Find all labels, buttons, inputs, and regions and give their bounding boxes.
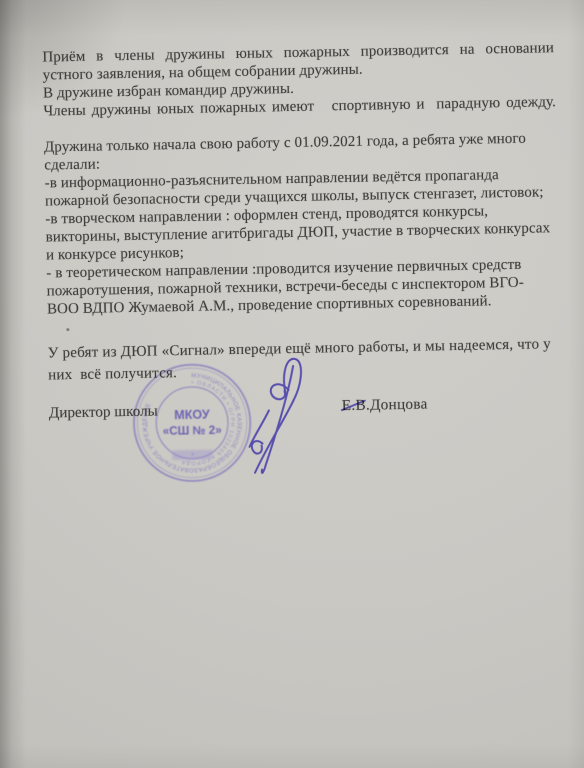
signature-bottom-curl: [252, 441, 263, 454]
document-photo: Приём в члены дружины юных пожарных прои…: [0, 0, 584, 768]
ink-speck: [66, 328, 69, 331]
signature-dash: [342, 401, 365, 410]
paragraph-activities: Дружина только начала свою работу с 01.0…: [44, 129, 544, 318]
stamp-smudge: [172, 450, 213, 460]
signature-loop-stroke: [253, 359, 303, 473]
signature-block: Директор школы МУНИЦИПАЛЬНОЕ КАЗЕННОЕ ОБ…: [49, 393, 549, 552]
document-page: Приём в члены дружины юных пожарных прои…: [0, 0, 584, 768]
stamp-org-abbr: МКОУ: [174, 408, 210, 423]
director-signature: [238, 349, 376, 501]
paragraph-membership: Приём в члены дружины юных пожарных прои…: [42, 39, 540, 120]
stamp-school-number: «СШ № 2»: [163, 424, 222, 438]
stamp-inner-ring: [156, 386, 229, 459]
school-round-stamp: МУНИЦИПАЛЬНОЕ КАЗЕННОЕ ОБЩЕОБРАЗОВАТЕЛЬН…: [128, 359, 256, 487]
